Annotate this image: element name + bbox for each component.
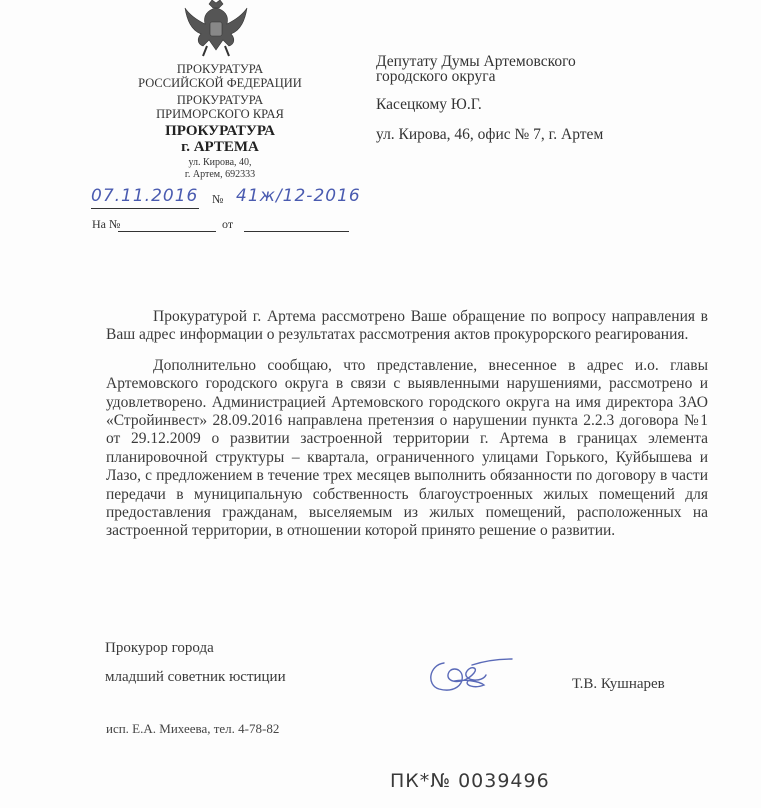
org-line: ПРОКУРАТУРА bbox=[120, 62, 320, 76]
body-paragraph: Прокуратурой г. Артема рассмотрено Ваше … bbox=[106, 308, 708, 345]
org-line: РОССИЙСКОЙ ФЕДЕРАЦИИ bbox=[120, 76, 320, 90]
executor-info: исп. Е.А. Михеева, тел. 4-78-82 bbox=[106, 721, 279, 737]
body-paragraph: Дополнительно сообщаю, что представление… bbox=[106, 357, 708, 541]
org-line: ПРОКУРАТУРА bbox=[120, 93, 320, 107]
letter-body: Прокуратурой г. Артема рассмотрено Ваше … bbox=[106, 308, 708, 541]
org-address: ул. Кирова, 40, г. Артем, 692333 bbox=[120, 157, 320, 181]
outgoing-number: 41ж/12-2016 bbox=[236, 186, 361, 206]
org-line: ПРИМОРСКОГО КРАЯ bbox=[120, 107, 320, 121]
coat-of-arms-emblem bbox=[183, 0, 249, 58]
recipient-name: Касецкому Ю.Г. bbox=[376, 97, 482, 112]
org-name-city: ПРОКУРАТУРА г. АРТЕМА bbox=[120, 123, 320, 155]
russian-coat-of-arms-icon bbox=[183, 0, 249, 58]
handwritten-signature-icon bbox=[424, 655, 514, 695]
outgoing-date: 07.11.2016 bbox=[91, 186, 198, 206]
signature bbox=[424, 655, 514, 700]
signer-position: Прокурор города bbox=[105, 640, 214, 657]
from-label: от bbox=[222, 217, 233, 232]
recipient-line: Депутату Думы Артемовского bbox=[376, 54, 576, 69]
recipient-address: ул. Кирова, 46, офис № 7, г. Артем bbox=[376, 127, 603, 142]
signer-name: Т.В. Кушнарев bbox=[572, 676, 665, 693]
outgoing-number-field: 41ж/12-2016 bbox=[236, 186, 366, 208]
org-bold-line: г. АРТЕМА bbox=[120, 139, 320, 155]
form-serial-number: ПК*№ 0039496 bbox=[390, 770, 550, 792]
outgoing-date-field: 07.11.2016 bbox=[91, 186, 199, 209]
reply-to-label: На № bbox=[92, 217, 120, 232]
signer-rank: младший советник юстиции bbox=[105, 669, 286, 686]
recipient-title: Депутату Думы Артемовского городского ок… bbox=[376, 54, 576, 84]
recipient-line: городского округа bbox=[376, 69, 576, 84]
number-label: № bbox=[212, 192, 223, 207]
org-name-regional: ПРОКУРАТУРА ПРИМОРСКОГО КРАЯ bbox=[120, 93, 320, 121]
org-bold-line: ПРОКУРАТУРА bbox=[120, 123, 320, 139]
address-line: г. Артем, 692333 bbox=[120, 169, 320, 181]
address-line: ул. Кирова, 40, bbox=[120, 157, 320, 169]
reply-to-number-blank bbox=[118, 217, 216, 232]
reply-from-date-blank bbox=[244, 217, 349, 232]
org-name-federal: ПРОКУРАТУРА РОССИЙСКОЙ ФЕДЕРАЦИИ bbox=[120, 62, 320, 90]
